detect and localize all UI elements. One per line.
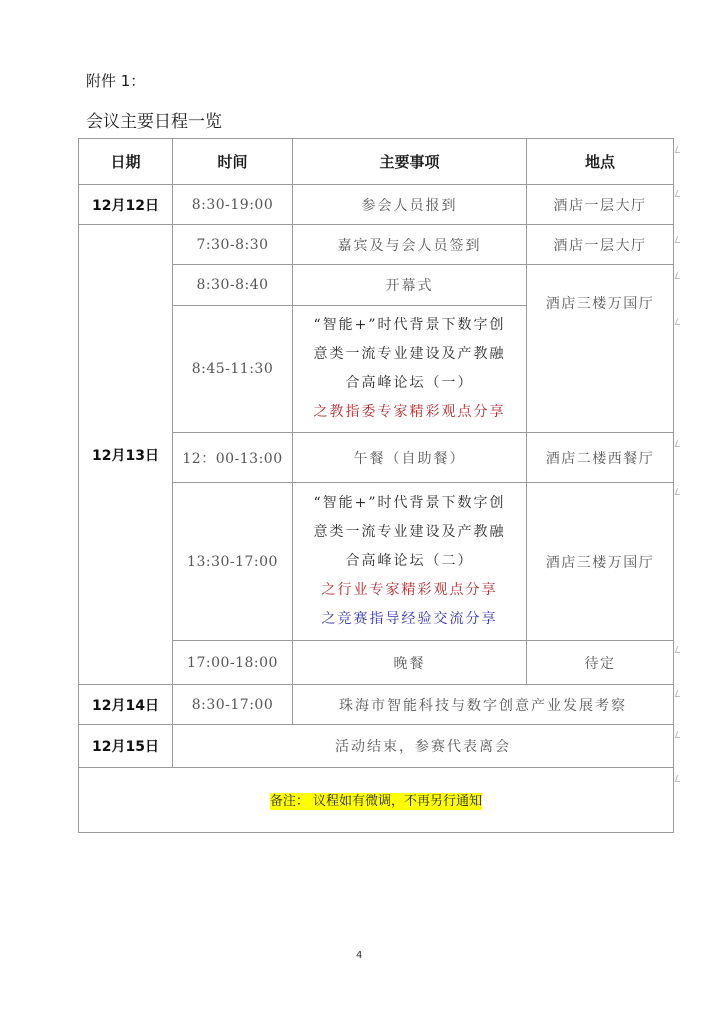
item-cell: 午餐（自助餐）: [293, 433, 527, 483]
time-cell: 8:45-11:30: [173, 306, 293, 433]
note-row: 备注： 议程如有微调，不再另行通知: [79, 768, 674, 833]
item-cell: 嘉宾及与会人员签到: [293, 225, 527, 265]
time-cell: 17:00-18:00: [173, 641, 293, 685]
location-cell: 待定: [527, 641, 674, 685]
date-cell: 12月12日: [79, 185, 173, 225]
forum-subtitle-blue: 之竞赛指导经验交流分享: [293, 605, 526, 634]
column-header-time: 时间: [173, 139, 293, 185]
table-row: 12月12日 8:30-19:00 参会人员报到 酒店一层大厅: [79, 185, 674, 225]
item-cell: 开幕式: [293, 265, 527, 306]
highlighted-note: 备注： 议程如有微调，不再另行通知: [270, 793, 482, 810]
paragraph-mark-icon: [675, 731, 683, 738]
location-cell: 酒店一层大厅: [527, 225, 674, 265]
item-cell: 晚餐: [293, 641, 527, 685]
forum-title-line: 意类一流专业建设及产教融: [293, 518, 526, 547]
date-cell: 12月14日: [79, 685, 173, 725]
time-cell: 13:30-17:00: [173, 483, 293, 641]
forum-subtitle-red: 之行业专家精彩观点分享: [293, 576, 526, 605]
paragraph-mark-icon: [675, 272, 683, 279]
forum-title-line: 意类一流专业建设及产教融: [293, 340, 526, 369]
location-cell: 酒店三楼万国厅: [527, 483, 674, 641]
paragraph-mark-icon: [675, 488, 683, 495]
page-number: 4: [356, 950, 362, 961]
date-cell: 12月15日: [79, 725, 173, 768]
location-cell: 酒店一层大厅: [527, 185, 674, 225]
forum-item-cell: “智能+”时代背景下数字创 意类一流专业建设及产教融 合高峰论坛（二） 之行业专…: [293, 483, 527, 641]
paragraph-mark-icon: [675, 646, 683, 653]
page-title: 会议主要日程一览: [86, 107, 222, 132]
paragraph-mark-icon: [675, 318, 683, 325]
time-cell: 7:30-8:30: [173, 225, 293, 265]
column-header-item: 主要事项: [293, 139, 527, 185]
paragraph-mark-icon: [675, 236, 683, 243]
time-cell: 8:30-8:40: [173, 265, 293, 306]
paragraph-mark-icon: [675, 775, 683, 782]
paragraph-mark-icon: [675, 146, 683, 153]
time-cell: 8:30-19:00: [173, 185, 293, 225]
paragraph-mark-icon: [675, 190, 683, 197]
forum-subtitle-red: 之教指委专家精彩观点分享: [293, 398, 526, 427]
item-cell: 活动结束，参赛代表离会: [173, 725, 674, 768]
note-cell: 备注： 议程如有微调，不再另行通知: [79, 768, 674, 833]
forum-item-cell: “智能+”时代背景下数字创 意类一流专业建设及产教融 合高峰论坛（一） 之教指委…: [293, 306, 527, 433]
schedule-table: 日期 时间 主要事项 地点 12月12日 8:30-19:00 参会人员报到 酒…: [78, 138, 674, 833]
table-row: 12月13日 7:30-8:30 嘉宾及与会人员签到 酒店一层大厅: [79, 225, 674, 265]
paragraph-mark-icon: [675, 690, 683, 697]
document-page: 附件 1： 会议主要日程一览 日期 时间 主要事项 地点 12月12日 8:30…: [0, 0, 724, 1024]
table-row: 12月15日 活动结束，参赛代表离会: [79, 725, 674, 768]
forum-title-line: “智能+”时代背景下数字创: [293, 311, 526, 340]
attachment-label: 附件 1：: [86, 70, 145, 91]
forum-title-line: “智能+”时代背景下数字创: [293, 489, 526, 518]
table-row: 12月14日 8:30-17:00 珠海市智能科技与数字创意产业发展考察: [79, 685, 674, 725]
date-cell: 12月13日: [79, 225, 173, 685]
time-cell: 12：00-13:00: [173, 433, 293, 483]
column-header-date: 日期: [79, 139, 173, 185]
forum-title-line: 合高峰论坛（二）: [293, 547, 526, 576]
column-header-location: 地点: [527, 139, 674, 185]
table-header-row: 日期 时间 主要事项 地点: [79, 139, 674, 185]
forum-title-line: 合高峰论坛（一）: [293, 369, 526, 398]
item-cell: 参会人员报到: [293, 185, 527, 225]
paragraph-mark-icon: [675, 440, 683, 447]
location-cell: 酒店二楼西餐厅: [527, 433, 674, 483]
item-cell: 珠海市智能科技与数字创意产业发展考察: [293, 685, 674, 725]
location-cell: 酒店三楼万国厅: [527, 265, 674, 433]
time-cell: 8:30-17:00: [173, 685, 293, 725]
